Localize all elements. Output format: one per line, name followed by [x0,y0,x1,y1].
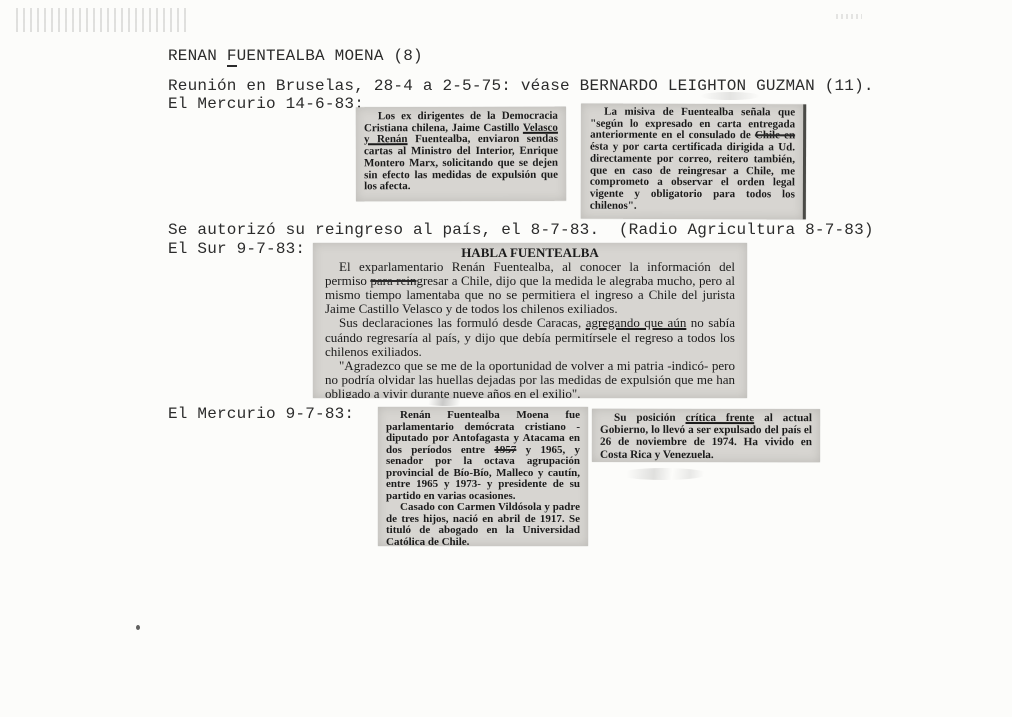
scan-noise-dot [136,625,140,630]
expulsion-text-1: Su posición [614,412,685,424]
expulsion-underlined-segment: crítica frente [685,412,754,424]
scan-noise-scribble [418,397,474,406]
misiva-text-2: ésta y por carta certificada dirigida a … [590,141,795,212]
typed-mercurio-14-label: El Mercurio 14-6-83: [168,95,364,113]
clipping-misiva-fuentealba: La misiva de Fuentealba señala que "segú… [581,104,806,220]
clipping-habla-fuentealba: HABLA FUENTEALBA El exparlamentario Rená… [313,243,747,398]
typed-mercurio-9-label: El Mercurio 9-7-83: [168,405,354,423]
typed-sur-label: El Sur 9-7-83: [168,240,305,258]
misiva-paragraph: La misiva de Fuentealba señala que "segú… [590,107,795,213]
habla-p2-underlined-segment: agregando que aún [586,315,687,330]
biografia-p1-struck-segment: 1957 [494,444,516,456]
scanned-document-page: RENAN FUENTEALBA MOENA (8) Reunión en Br… [0,0,1012,717]
typed-title-pre: RENAN [168,47,227,65]
clipping-cartas-ministro: Los ex dirigentes de la Democracia Crist… [356,107,566,202]
habla-headline: HABLA FUENTEALBA [325,246,735,260]
misiva-struck-segment: Chile en [755,130,795,142]
habla-paragraph-3: "Agradezco que se me de la oportunidad d… [325,359,735,398]
habla-paragraph-2: Sus declaraciones las formuló desde Cara… [325,316,735,358]
typed-reunion-line: Reunión en Bruselas, 28-4 a 2-5-75: véas… [168,77,874,95]
biografia-paragraph-2: Casado con Carmen Vildósola y padre de t… [386,502,580,546]
typed-title-underlined-letter: F [227,47,237,67]
habla-p2-text-1: Sus declaraciones las formuló desde Cara… [339,315,586,330]
habla-paragraph-1: El exparlamentario Renán Fuentealba, al … [325,260,735,316]
scan-noise-top-right [836,14,862,19]
typed-title: RENAN FUENTEALBA MOENA (8) [168,47,423,65]
biografia-paragraph-1: Renán Fuentealba Moena fue parlamentario… [386,410,580,502]
clipping-biografia: Renán Fuentealba Moena fue parlamentario… [378,407,588,546]
typed-title-rest: UENTEALBA MOENA (8) [237,47,423,65]
scan-noise-smudge [618,468,708,480]
typed-autorizo-line: Se autorizó su reingreso al país, el 8-7… [168,221,874,239]
habla-p1-struck-segment: para rein [370,273,416,288]
clipping-expulsion: Su posición crítica frente al actual Gob… [592,409,820,462]
cartas-paragraph: Los ex dirigentes de la Democracia Crist… [364,111,558,193]
expulsion-paragraph: Su posición crítica frente al actual Gob… [600,412,812,461]
scan-noise-top-left [16,8,186,32]
